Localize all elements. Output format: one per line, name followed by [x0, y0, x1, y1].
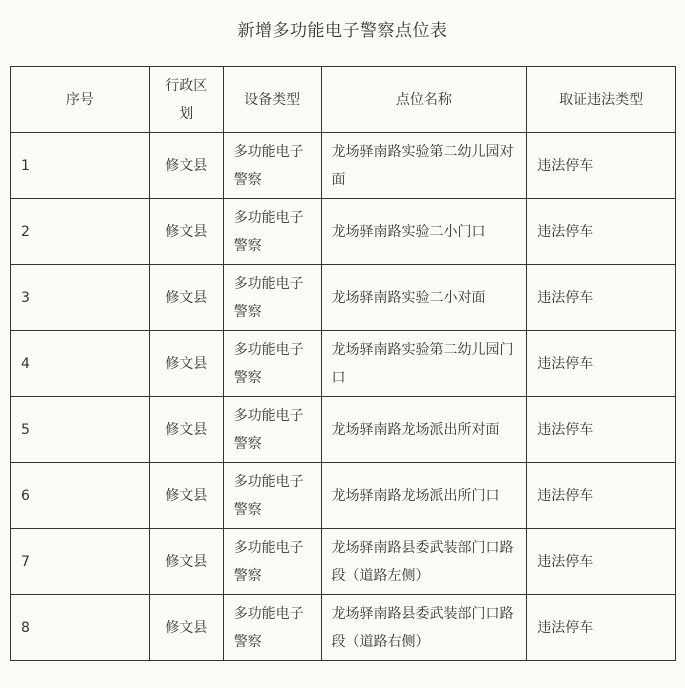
cell-serial-number: 4	[11, 331, 150, 397]
header-device-type: 设备类型	[223, 67, 321, 133]
table-row: 7 修文县 多功能电子警察 龙场驿南路县委武装部门口路段（道路左侧） 违法停车	[11, 529, 676, 595]
cell-violation-type: 违法停车	[527, 265, 676, 331]
table-row: 8 修文县 多功能电子警察 龙场驿南路县委武装部门口路段（道路右侧） 违法停车	[11, 595, 676, 661]
table-row: 4 修文县 多功能电子警察 龙场驿南路实验第二幼儿园门口 违法停车	[11, 331, 676, 397]
cell-violation-type: 违法停车	[527, 463, 676, 529]
cell-location-name: 龙场驿南路实验第二幼儿园门口	[321, 331, 527, 397]
header-location-name: 点位名称	[321, 67, 527, 133]
cell-district: 修文县	[149, 133, 223, 199]
header-serial-number: 序号	[11, 67, 150, 133]
header-violation-type: 取证违法类型	[527, 67, 676, 133]
cell-device-type: 多功能电子警察	[223, 595, 321, 661]
cell-serial-number: 3	[11, 265, 150, 331]
cell-serial-number: 6	[11, 463, 150, 529]
camera-locations-table: 序号 行政区划 设备类型 点位名称 取证违法类型 1 修文县 多功能电子警察 龙…	[10, 66, 676, 661]
table-row: 2 修文县 多功能电子警察 龙场驿南路实验二小门口 违法停车	[11, 199, 676, 265]
cell-serial-number: 8	[11, 595, 150, 661]
cell-violation-type: 违法停车	[527, 331, 676, 397]
cell-device-type: 多功能电子警察	[223, 265, 321, 331]
table-row: 3 修文县 多功能电子警察 龙场驿南路实验二小对面 违法停车	[11, 265, 676, 331]
cell-device-type: 多功能电子警察	[223, 133, 321, 199]
table-row: 5 修文县 多功能电子警察 龙场驿南路龙场派出所对面 违法停车	[11, 397, 676, 463]
header-district: 行政区划	[149, 67, 223, 133]
cell-district: 修文县	[149, 463, 223, 529]
cell-violation-type: 违法停车	[527, 199, 676, 265]
cell-location-name: 龙场驿南路龙场派出所门口	[321, 463, 527, 529]
cell-serial-number: 2	[11, 199, 150, 265]
table-row: 1 修文县 多功能电子警察 龙场驿南路实验第二幼儿园对面 违法停车	[11, 133, 676, 199]
cell-district: 修文县	[149, 529, 223, 595]
cell-serial-number: 7	[11, 529, 150, 595]
cell-location-name: 龙场驿南路实验二小对面	[321, 265, 527, 331]
cell-location-name: 龙场驿南路县委武装部门口路段（道路左侧）	[321, 529, 527, 595]
cell-district: 修文县	[149, 331, 223, 397]
cell-violation-type: 违法停车	[527, 529, 676, 595]
cell-device-type: 多功能电子警察	[223, 397, 321, 463]
cell-violation-type: 违法停车	[527, 133, 676, 199]
cell-location-name: 龙场驿南路实验第二幼儿园对面	[321, 133, 527, 199]
cell-district: 修文县	[149, 595, 223, 661]
cell-violation-type: 违法停车	[527, 595, 676, 661]
cell-device-type: 多功能电子警察	[223, 331, 321, 397]
cell-district: 修文县	[149, 199, 223, 265]
cell-serial-number: 1	[11, 133, 150, 199]
cell-device-type: 多功能电子警察	[223, 199, 321, 265]
cell-violation-type: 违法停车	[527, 397, 676, 463]
cell-device-type: 多功能电子警察	[223, 463, 321, 529]
page-title: 新增多功能电子警察点位表	[0, 16, 685, 41]
cell-location-name: 龙场驿南路龙场派出所对面	[321, 397, 527, 463]
table-row: 6 修文县 多功能电子警察 龙场驿南路龙场派出所门口 违法停车	[11, 463, 676, 529]
cell-district: 修文县	[149, 265, 223, 331]
cell-location-name: 龙场驿南路实验二小门口	[321, 199, 527, 265]
table-header-row: 序号 行政区划 设备类型 点位名称 取证违法类型	[11, 67, 676, 133]
cell-location-name: 龙场驿南路县委武装部门口路段（道路右侧）	[321, 595, 527, 661]
cell-serial-number: 5	[11, 397, 150, 463]
cell-device-type: 多功能电子警察	[223, 529, 321, 595]
cell-district: 修文县	[149, 397, 223, 463]
